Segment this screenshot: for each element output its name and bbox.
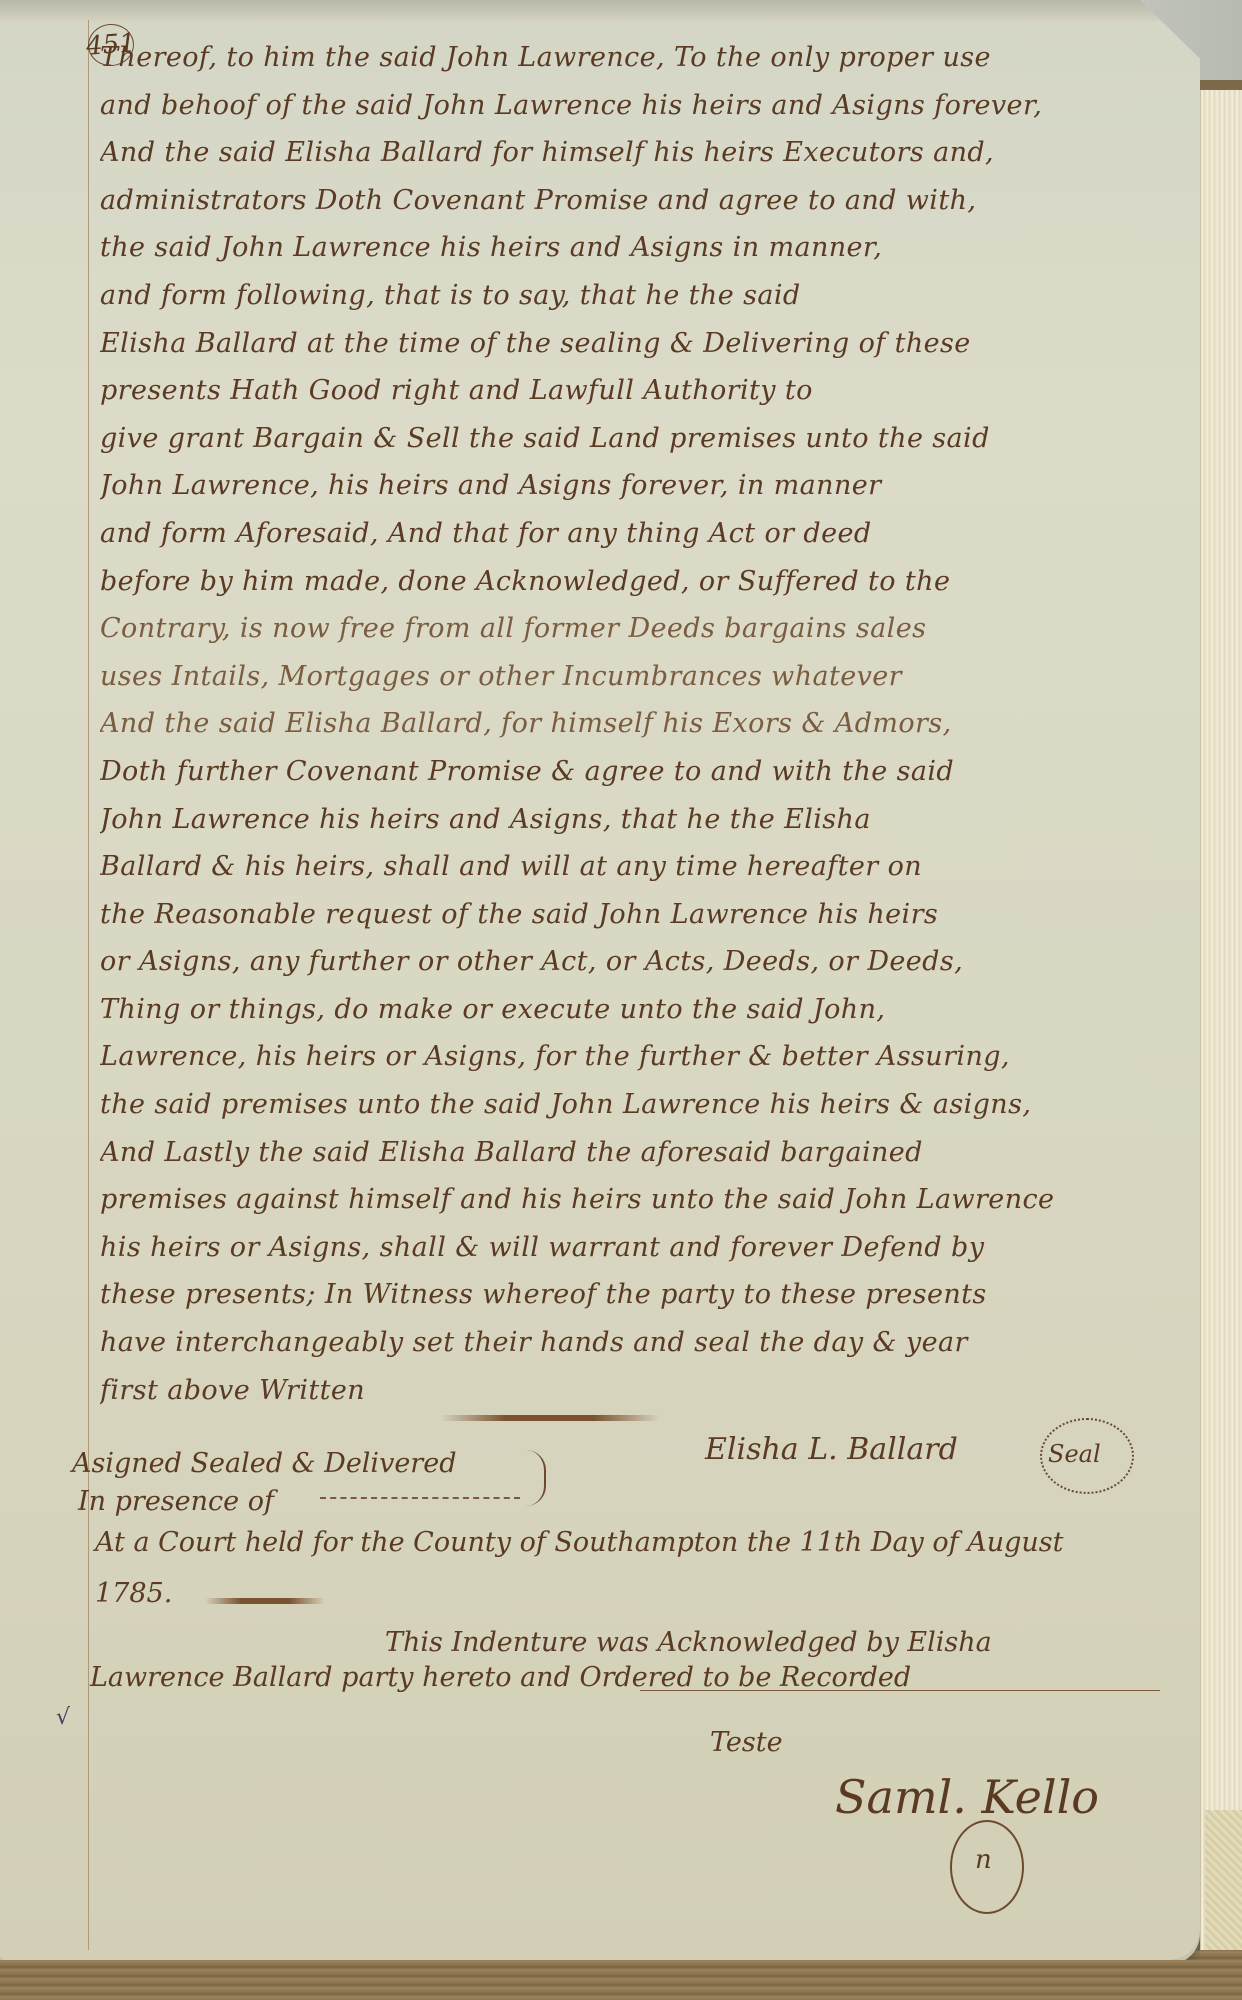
deed-body: Thereof, to him the said John Lawrence, … bbox=[100, 34, 1195, 1414]
deed-line: these presents; In Witness whereof the p… bbox=[100, 1271, 1195, 1319]
attestation-line-1: Asigned Sealed & Delivered bbox=[72, 1448, 456, 1479]
deed-line: Contrary, is now free from all former De… bbox=[100, 605, 1195, 653]
deed-line: before by him made, done Acknowledged, o… bbox=[100, 558, 1195, 606]
ledger-page: 451 Thereof, to him the said John Lawren… bbox=[0, 0, 1200, 1960]
deed-line: And the said Elisha Ballard for himself … bbox=[100, 129, 1195, 177]
deed-line: Thing or things, do make or execute unto… bbox=[100, 986, 1195, 1034]
acknowledgement-line-1: This Indenture was Acknowledged by Elish… bbox=[385, 1627, 992, 1658]
deed-line: Lawrence, his heirs or Asigns, for the f… bbox=[100, 1033, 1195, 1081]
clerk-flourish-letter: n bbox=[975, 1845, 992, 1875]
deed-line: the said premises unto the said John Law… bbox=[100, 1081, 1195, 1129]
ink-flourish bbox=[440, 1415, 660, 1421]
clerk-signature: Saml. Kello bbox=[835, 1770, 1099, 1824]
deed-line: Ballard & his heirs, shall and will at a… bbox=[100, 843, 1195, 891]
attestation-dash bbox=[320, 1497, 520, 1501]
deed-line: uses Intails, Mortgages or other Incumbr… bbox=[100, 653, 1195, 701]
deed-line: John Lawrence his heirs and Asigns, that… bbox=[100, 796, 1195, 844]
acknowledgement-rule bbox=[640, 1690, 1160, 1691]
deed-line: and behoof of the said John Lawrence his… bbox=[100, 82, 1195, 130]
deed-line: the said John Lawrence his heirs and Asi… bbox=[100, 224, 1195, 272]
deed-line: have interchangeably set their hands and… bbox=[100, 1319, 1195, 1367]
deed-line: presents Hath Good right and Lawfull Aut… bbox=[100, 367, 1195, 415]
attestation-brace bbox=[520, 1450, 546, 1506]
ink-flourish bbox=[205, 1598, 325, 1604]
grantor-signature: Elisha L. Ballard bbox=[705, 1432, 958, 1467]
deed-line: the Reasonable request of the said John … bbox=[100, 891, 1195, 939]
deed-line: administrators Doth Covenant Promise and… bbox=[100, 177, 1195, 225]
deed-line: give grant Bargain & Sell the said Land … bbox=[100, 415, 1195, 463]
deed-line: and form Aforesaid, And that for any thi… bbox=[100, 510, 1195, 558]
deed-line: or Asigns, any further or other Act, or … bbox=[100, 938, 1195, 986]
deed-line: And the said Elisha Ballard, for himself… bbox=[100, 700, 1195, 748]
seal-label: Seal bbox=[1048, 1440, 1101, 1468]
deed-line: Thereof, to him the said John Lawrence, … bbox=[100, 34, 1195, 82]
acknowledgement-line-2: Lawrence Ballard party hereto and Ordere… bbox=[90, 1662, 911, 1693]
margin-check-icon: √ bbox=[56, 1705, 70, 1730]
page-top-curl bbox=[0, 0, 1200, 22]
deed-line: premises against himself and his heirs u… bbox=[100, 1176, 1195, 1224]
deed-line: and form following, that is to say, that… bbox=[100, 272, 1195, 320]
margin-rule bbox=[88, 20, 89, 1950]
bookmark-ribbon bbox=[1205, 1810, 1242, 1960]
court-record-line-1: At a Court held for the County of Southa… bbox=[95, 1527, 1064, 1558]
deed-line: his heirs or Asigns, shall & will warran… bbox=[100, 1224, 1195, 1272]
deed-line: And Lastly the said Elisha Ballard the a… bbox=[100, 1129, 1195, 1177]
book-page-edges bbox=[1200, 90, 1242, 1960]
deed-line: John Lawrence, his heirs and Asigns fore… bbox=[100, 462, 1195, 510]
deed-line: Elisha Ballard at the time of the sealin… bbox=[100, 320, 1195, 368]
deed-line: Doth further Covenant Promise & agree to… bbox=[100, 748, 1195, 796]
court-record-year: 1785. bbox=[95, 1578, 172, 1609]
deed-line: first above Written bbox=[100, 1367, 1195, 1415]
teste-label: Teste bbox=[710, 1727, 783, 1758]
attestation-line-2: In presence of bbox=[78, 1486, 274, 1517]
